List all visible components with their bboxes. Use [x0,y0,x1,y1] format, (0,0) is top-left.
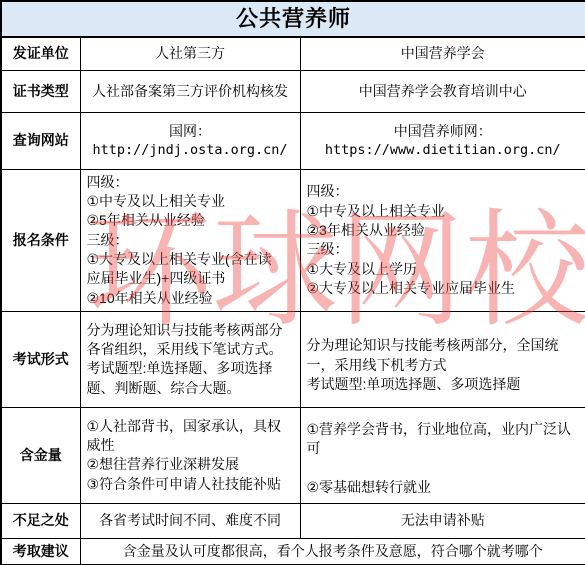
row-label-cert-type: 证书类型 [1,70,80,112]
cell-conditions-left: 四级： ①中专及以上相关专业 ②5年相关从业经验 三级： ①大专及以上相关专业(… [80,169,300,311]
row-cert-type: 证书类型 人社部备案第三方评价机构核发 中国营养学会教育培训中心 [1,70,585,112]
cell-exam-form-right: 分为理论知识与技能考核两部分，全国统一，采用线下机考方式 考试题型:单项选择题、… [300,311,585,407]
row-label-weakness: 不足之处 [1,503,80,538]
website-left-name: 国网： [87,122,294,141]
cell-advice: 含金量及认可度都很高，看个人报考条件及意愿，符合哪个就考哪个 [80,538,585,565]
row-advice: 考取建议 含金量及认可度都很高，看个人报考条件及意愿，符合哪个就考哪个 [1,538,585,565]
website-left-url: http://jndj.osta.org.cn/ [87,141,294,160]
cell-weakness-right: 无法申请补贴 [300,503,585,538]
row-label-website: 查询网站 [1,112,80,169]
title-row: 公共营养师 [1,1,585,37]
website-right-url: https://www.dietitian.org.cn/ [307,141,580,160]
row-exam-form: 考试形式 分为理论知识与技能考核两部分各省组织，采用线下笔试方式。 考试题型:单… [1,311,585,407]
website-right-name: 中国营养师网： [307,122,580,141]
row-website: 查询网站 国网： http://jndj.osta.org.cn/ 中国营养师网… [1,112,585,169]
cell-conditions-right: 四级： ①中专及以上相关专业 ②3年相关从业经验 三级： ①大专及以上学历 ②大… [300,169,585,311]
row-label-conditions: 报名条件 [1,169,80,311]
row-label-value: 含金量 [1,407,80,503]
cell-website-right: 中国营养师网： https://www.dietitian.org.cn/ [300,112,585,169]
row-conditions: 报名条件 四级： ①中专及以上相关专业 ②5年相关从业经验 三级： ①大专及以上… [1,169,585,311]
row-label-advice: 考取建议 [1,538,80,565]
cell-issuer-right: 中国营养学会 [300,37,585,70]
page-title: 公共营养师 [1,1,585,37]
cell-value-right: ①营养学会背书，行业地位高，业内广泛认可 ②零基础想转行就业 [300,407,585,503]
cell-cert-type-left: 人社部备案第三方评价机构核发 [80,70,300,112]
cell-value-left: ①人社部背书，国家承认，具权威性 ②想往营养行业深耕发展 ③符合条件可申请人社技… [80,407,300,503]
row-label-issuer: 发证单位 [1,37,80,70]
nutritionist-comparison-page: 公共营养师 发证单位 人社第三方 中国营养学会 证书类型 人社部备案第三方评价机… [0,0,585,565]
row-label-exam-form: 考试形式 [1,311,80,407]
row-value: 含金量 ①人社部背书，国家承认，具权威性 ②想往营养行业深耕发展 ③符合条件可申… [1,407,585,503]
cell-exam-form-left: 分为理论知识与技能考核两部分各省组织，采用线下笔试方式。 考试题型:单选择题、多… [80,311,300,407]
row-weakness: 不足之处 各省考试时间不同、难度不同 无法申请补贴 [1,503,585,538]
cell-website-left: 国网： http://jndj.osta.org.cn/ [80,112,300,169]
cell-cert-type-right: 中国营养学会教育培训中心 [300,70,585,112]
comparison-table: 公共营养师 发证单位 人社第三方 中国营养学会 证书类型 人社部备案第三方评价机… [0,0,585,565]
row-issuer: 发证单位 人社第三方 中国营养学会 [1,37,585,70]
cell-issuer-left: 人社第三方 [80,37,300,70]
cell-weakness-left: 各省考试时间不同、难度不同 [80,503,300,538]
